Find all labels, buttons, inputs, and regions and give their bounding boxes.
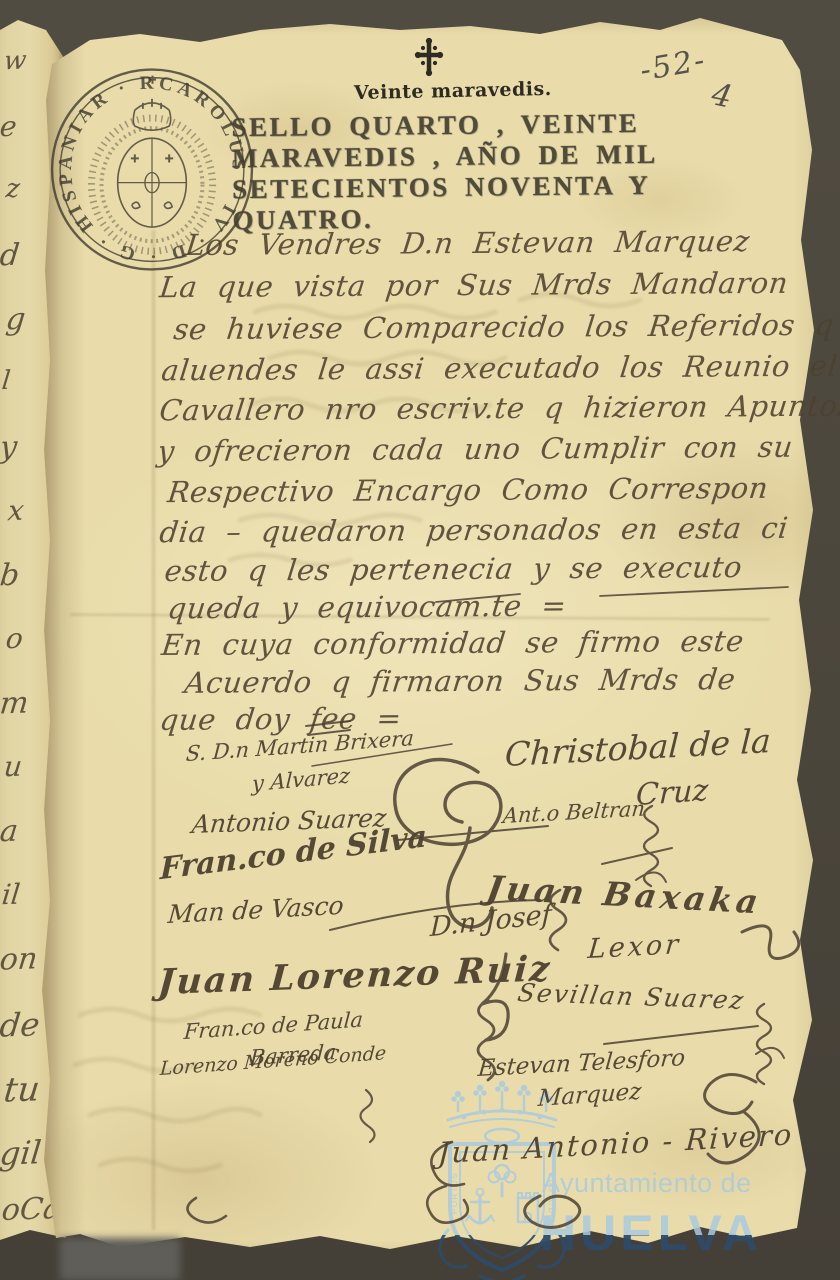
signature-rubric (482, 954, 508, 1040)
signature-rubric (427, 1186, 468, 1223)
signature-rubric (705, 1074, 756, 1113)
signature-rubric (602, 848, 672, 864)
signature-rubric (398, 826, 548, 840)
signature-rubric (525, 1196, 580, 1228)
signature-rubric (330, 900, 540, 930)
background-object (60, 1238, 180, 1280)
signature-rubric (708, 1112, 759, 1163)
signature-rubric (312, 744, 452, 766)
signature-rubric (604, 1026, 758, 1044)
signature-rubric (636, 872, 666, 882)
signature-rubrics (0, 0, 840, 1280)
flourish-dashes (436, 587, 788, 602)
signature-rubric (187, 1198, 226, 1223)
scanned-manuscript: w e z d g l y x b o m u a il on de tu gi… (0, 0, 840, 1280)
signature-rubric (742, 926, 799, 959)
flourish-dashes (306, 721, 350, 735)
signature-rubric (360, 1090, 374, 1142)
signature-rubric (757, 1004, 771, 1084)
signature-rubric (550, 890, 566, 950)
signature-rubric (431, 1142, 464, 1186)
